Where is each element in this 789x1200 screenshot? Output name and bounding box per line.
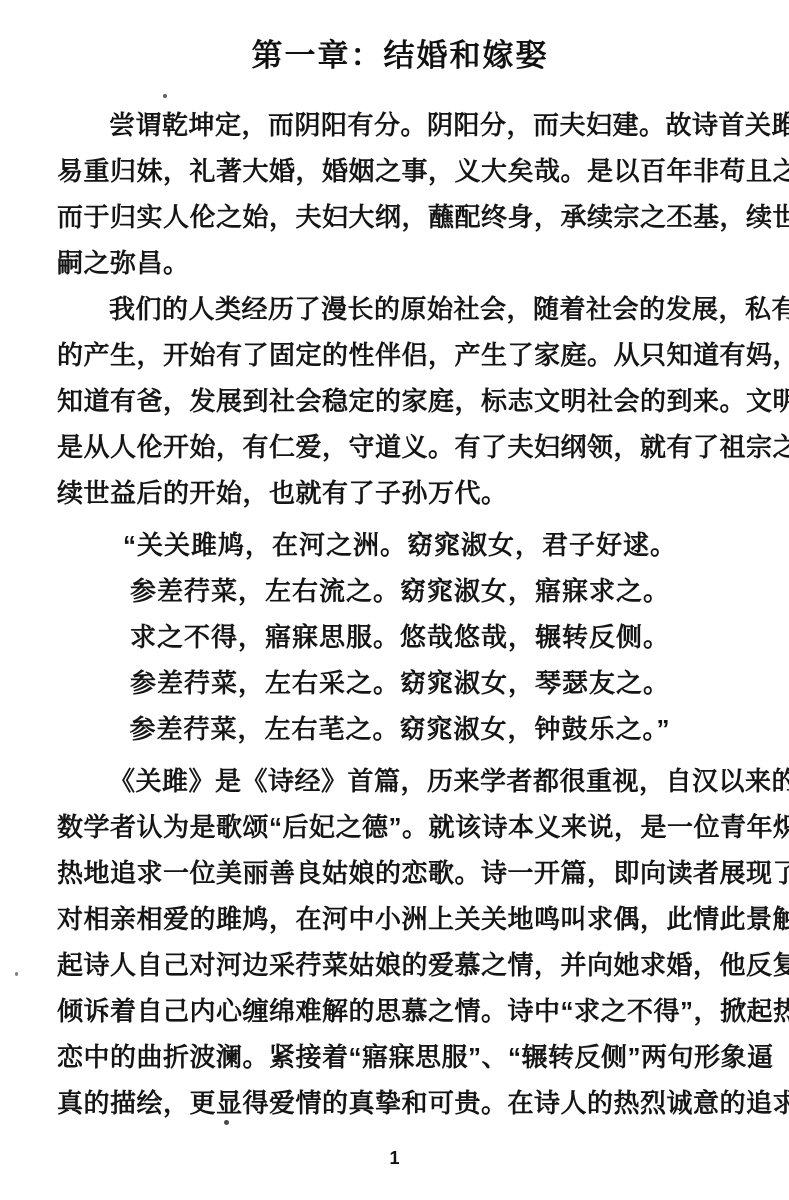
poem-line: 参差荇菜，左右流之。窈窕淑女，寤寐求之。 — [57, 568, 743, 614]
chapter-title: 第一章：结婚和嫁娶 — [57, 36, 743, 76]
poem-line: “关关雎鸠，在河之洲。窈窕淑女，君子好逑。 — [57, 522, 743, 568]
text-line: 热地追求一位美丽善良姑娘的恋歌。诗一开篇，即向读者展现了一 — [57, 850, 743, 896]
text-line: 真的描绘，更显得爱情的真挚和可贵。在诗人的热烈诚意的追求下， — [57, 1080, 743, 1126]
text-line: 恋中的曲折波澜。紧接着“寤寐思服”、“辗转反侧”两句形象逼 — [57, 1034, 743, 1080]
text-line: 的产生，开始有了固定的性伴侣，产生了家庭。从只知道有妈，不 — [57, 332, 743, 378]
text-line: 而于归实人伦之始，夫妇大纲，蘸配终身，承续宗之丕基，续世绝 — [57, 194, 743, 240]
paragraph-1: 尝谓乾坤定，而阴阳有分。阴阳分，而夫妇建。故诗首关雎， 易重归妹，礼著大婚，婚姻… — [57, 102, 743, 286]
text-line: 起诗人自己对河边采荇菜姑娘的爱慕之情，并向她求婚，他反复地 — [57, 942, 743, 988]
text-line: 数学者认为是歌颂“后妃之德”。就该诗本义来说，是一位青年炽 — [57, 804, 743, 850]
scanned-book-page: 第一章：结婚和嫁娶 尝谓乾坤定，而阴阳有分。阴阳分，而夫妇建。故诗首关雎， 易重… — [0, 0, 789, 1200]
text-line: 易重归妹，礼著大婚，婚姻之事，义大矣哉。是以百年非苟且之事； — [57, 148, 743, 194]
poem-line: 参差荇菜，左右芼之。窈窕淑女，钟鼓乐之。” — [57, 706, 743, 752]
scan-speck — [163, 94, 167, 98]
scan-speck — [224, 1120, 229, 1125]
page-number: 1 — [0, 1148, 789, 1169]
text-line: 知道有爸，发展到社会稳定的家庭，标志文明社会的到来。文明就 — [57, 378, 743, 424]
text-line: 倾诉着自己内心缠绵难解的思慕之情。诗中“求之不得”，掀起热 — [57, 988, 743, 1034]
text-line: 尝谓乾坤定，而阴阳有分。阴阳分，而夫妇建。故诗首关雎， — [57, 102, 743, 148]
text-line: 《关雎》是《诗经》首篇，历来学者都很重视，自汉以来的多 — [57, 758, 743, 804]
paragraph-3: 《关雎》是《诗经》首篇，历来学者都很重视，自汉以来的多 数学者认为是歌颂“后妃之… — [57, 758, 743, 1126]
text-line: 嗣之弥昌。 — [57, 240, 743, 286]
paragraph-2: 我们的人类经历了漫长的原始社会，随着社会的发展，私有制 的产生，开始有了固定的性… — [57, 286, 743, 516]
poem-line: 求之不得，寤寐思服。悠哉悠哉，辗转反侧。 — [57, 614, 743, 660]
text-line: 对相亲相爱的雎鸠，在河中小洲上关关地鸣叫求偶，此情此景触发 — [57, 896, 743, 942]
poem-guanju: “关关雎鸠，在河之洲。窈窕淑女，君子好逑。 参差荇菜，左右流之。窈窕淑女，寤寐求… — [57, 522, 743, 752]
text-line: 我们的人类经历了漫长的原始社会，随着社会的发展，私有制 — [57, 286, 743, 332]
scan-speck — [15, 972, 18, 976]
text-line: 是从人伦开始，有仁爱，守道义。有了夫妇纲领，就有了祖宗之法， — [57, 424, 743, 470]
poem-line: 参差荇菜，左右采之。窈窕淑女，琴瑟友之。 — [57, 660, 743, 706]
text-line: 续世益后的开始，也就有了子孙万代。 — [57, 470, 743, 516]
